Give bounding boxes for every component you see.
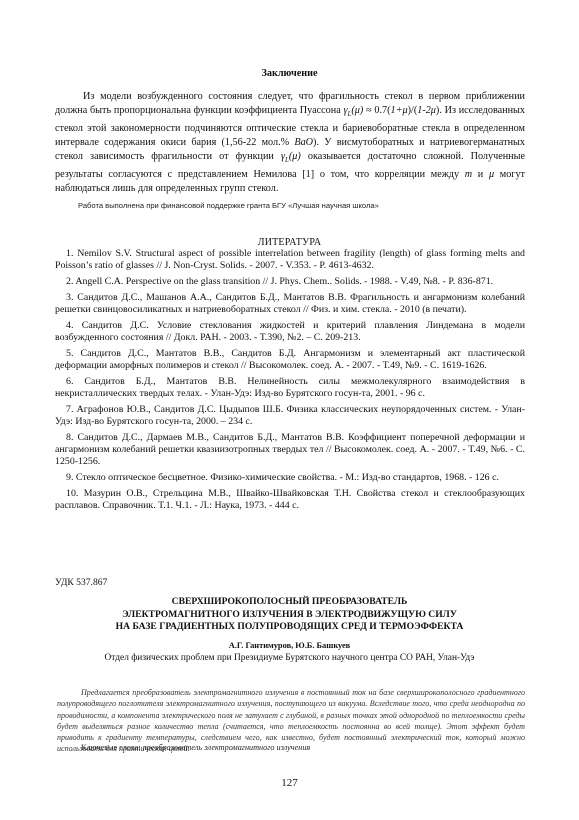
article-title: СВЕРХШИРОКОПОЛОСНЫЙ ПРЕОБРАЗОВАТЕЛЬ ЭЛЕК… xyxy=(0,596,579,634)
references-list: 1. Nemilov S.V. Structural aspect of pos… xyxy=(55,248,525,516)
page-number: 127 xyxy=(0,777,579,789)
reference-item: 3. Сандитов Д.С., Машанов А.А., Сандитов… xyxy=(55,292,525,317)
document-page: Заключение Из модели возбужденного состо… xyxy=(0,0,579,820)
article-title-line: СВЕРХШИРОКОПОЛОСНЫЙ ПРЕОБРАЗОВАТЕЛЬ xyxy=(0,596,579,609)
reference-item: 10. Мазурин О.В., Стрельцина М.В., Швайк… xyxy=(55,488,525,513)
grant-note: Работа выполнена при финансовой поддержк… xyxy=(78,201,379,210)
conclusion-paragraph: Из модели возбужденного состояния следуе… xyxy=(55,90,525,195)
reference-item: 1. Nemilov S.V. Structural aspect of pos… xyxy=(55,248,525,273)
reference-item: 4. Сандитов Д.С. Условие стеклования жид… xyxy=(55,320,525,345)
udk-code: УДК 537.867 xyxy=(55,577,107,588)
reference-item: 9. Стекло оптическое бесцветное. Физико-… xyxy=(55,472,525,484)
article-title-line: ЭЛЕКТРОМАГНИТНОГО ИЗЛУЧЕНИЯ В ЭЛЕКТРОДВИ… xyxy=(0,609,579,622)
keywords-value: преобразователь электромагнитного излуче… xyxy=(143,743,311,752)
article-keywords: Ключевые слова: преобразователь электром… xyxy=(81,743,310,752)
article-affiliation: Отдел физических проблем при Президиуме … xyxy=(0,653,579,663)
article-authors: А.Г. Гантимуров, Ю.Б. Башкуев xyxy=(0,641,579,650)
article-title-line: НА БАЗЕ ГРАДИЕНТНЫХ ПОЛУПРОВОДЯЩИХ СРЕД … xyxy=(0,621,579,634)
reference-item: 6. Сандитов Б.Д., Мантатов В.В. Нелинейн… xyxy=(55,376,525,401)
references-heading: ЛИТЕРАТУРА xyxy=(0,237,579,248)
reference-item: 8. Сандитов Д.С., Дармаев М.В., Сандитов… xyxy=(55,432,525,469)
reference-item: 2. Angell C.A. Perspective on the glass … xyxy=(55,276,525,288)
reference-item: 5. Сандитов Д.С., Мантатов В.В., Сандито… xyxy=(55,348,525,373)
keywords-label: Ключевые слова: xyxy=(81,743,143,752)
reference-item: 7. Аграфонов Ю.В., Сандитов Д.С. Цыдыпов… xyxy=(55,404,525,429)
conclusion-heading: Заключение xyxy=(0,68,579,79)
